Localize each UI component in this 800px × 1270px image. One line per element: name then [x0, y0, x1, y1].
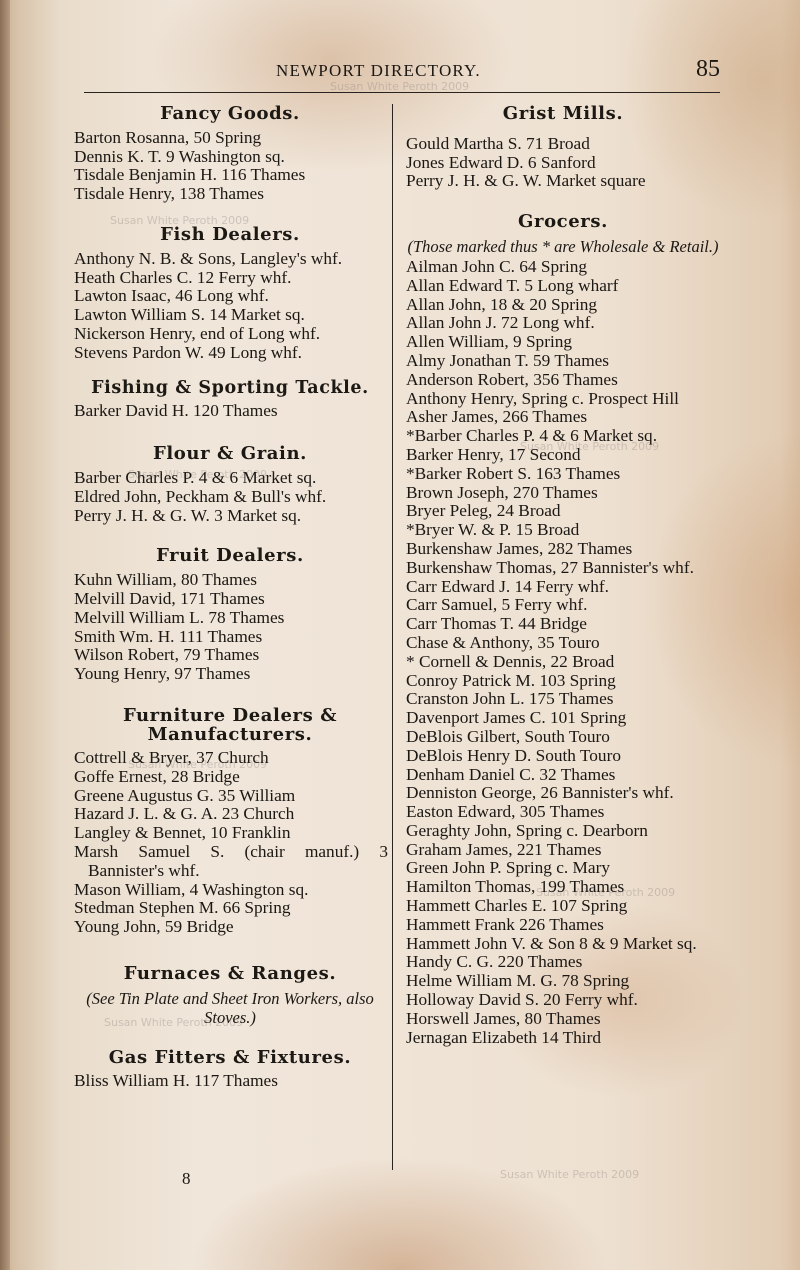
directory-entry: Hazard J. L. & G. A. 23 Church: [72, 805, 388, 824]
directory-entry: Ailman John C. 64 Spring: [404, 258, 722, 277]
section-title: Grist Mills.: [404, 105, 722, 124]
section-note: (Those marked thus * are Wholesale & Ret…: [404, 237, 722, 256]
directory-entry: Barker Henry, 17 Second: [404, 446, 722, 465]
directory-entry: Jones Edward D. 6 Sanford: [404, 154, 722, 173]
directory-entry: Greene Augustus G. 35 William: [72, 787, 388, 806]
section-note: (See Tin Plate and Sheet Iron Workers, a…: [72, 989, 388, 1027]
directory-entry: Cottrell & Bryer, 37 Church: [72, 749, 388, 768]
section-title: Flour & Grain.: [72, 445, 388, 464]
directory-entry: Heath Charles C. 12 Ferry whf.: [72, 269, 388, 288]
section-grist-mills: Grist Mills. Gould Martha S. 71 Broad Jo…: [404, 105, 722, 191]
section-title: Furniture Dealers & Manufacturers.: [72, 706, 388, 744]
directory-entry: * Cornell & Dennis, 22 Broad: [404, 653, 722, 672]
section-furnaces-ranges: Furnaces & Ranges. (See Tin Plate and Sh…: [72, 965, 388, 1027]
section-fishing-sporting-tackle: Fishing & Sporting Tackle. Barker David …: [72, 379, 388, 422]
directory-entry: Melvill William L. 78 Thames: [72, 609, 388, 628]
directory-entry: Melvill David, 171 Thames: [72, 590, 388, 609]
section-flour-grain: Flour & Grain. Barber Charles P. 4 & 6 M…: [72, 445, 388, 525]
section-title: Gas Fitters & Fixtures.: [72, 1049, 388, 1068]
directory-entry: Carr Edward J. 14 Ferry whf.: [404, 578, 722, 597]
directory-entry: Langley & Bennet, 10 Franklin: [72, 824, 388, 843]
section-title: Fishing & Sporting Tackle.: [72, 379, 388, 398]
directory-entry: Anthony Henry, Spring c. Prospect Hill: [404, 390, 722, 409]
directory-entry: Eldred John, Peckham & Bull's whf.: [72, 488, 388, 507]
directory-entry: Young Henry, 97 Thames: [72, 665, 388, 684]
directory-entry: Hammett Charles E. 107 Spring: [404, 897, 722, 916]
section-title: Fish Dealers.: [72, 226, 388, 245]
directory-entry: Tisdale Henry, 138 Thames: [72, 185, 388, 204]
directory-entry: Denniston George, 26 Bannister's whf.: [404, 784, 722, 803]
directory-entry: Asher James, 266 Thames: [404, 408, 722, 427]
directory-entry: Barker David H. 120 Thames: [72, 402, 388, 421]
directory-entry: Allan Edward T. 5 Long wharf: [404, 277, 722, 296]
directory-entry: Young John, 59 Bridge: [72, 918, 388, 937]
directory-entry: Almy Jonathan T. 59 Thames: [404, 352, 722, 371]
directory-entry: Bliss William H. 117 Thames: [72, 1072, 388, 1091]
directory-entry: Green John P. Spring c. Mary: [404, 859, 722, 878]
directory-entry: Holloway David S. 20 Ferry whf.: [404, 991, 722, 1010]
directory-entry: Perry J. H. & G. W. Market square: [404, 172, 722, 191]
directory-entry: Burkenshaw James, 282 Thames: [404, 540, 722, 559]
directory-entry: Goffe Ernest, 28 Bridge: [72, 768, 388, 787]
directory-entry: Carr Samuel, 5 Ferry whf.: [404, 596, 722, 615]
directory-entry: Perry J. H. & G. W. 3 Market sq.: [72, 507, 388, 526]
section-fish-dealers: Fish Dealers. Anthony N. B. & Sons, Lang…: [72, 226, 388, 363]
directory-entry: Horswell James, 80 Thames: [404, 1010, 722, 1029]
directory-entry: Allen William, 9 Spring: [404, 333, 722, 352]
section-title: Furnaces & Ranges.: [72, 965, 388, 984]
directory-entry: Anthony N. B. & Sons, Langley's whf.: [72, 250, 388, 269]
directory-entry: Cranston John L. 175 Thames: [404, 690, 722, 709]
directory-entry: DeBlois Henry D. South Touro: [404, 747, 722, 766]
directory-entry: Stedman Stephen M. 66 Spring: [72, 899, 388, 918]
directory-entry: Carr Thomas T. 44 Bridge: [404, 615, 722, 634]
section-gas-fitters: Gas Fitters & Fixtures. Bliss William H.…: [72, 1049, 388, 1092]
directory-entry: Hamilton Thomas, 199 Thames: [404, 878, 722, 897]
directory-entry: Chase & Anthony, 35 Touro: [404, 634, 722, 653]
directory-entry: Denham Daniel C. 32 Thames: [404, 766, 722, 785]
directory-entry: Lawton William S. 14 Market sq.: [72, 306, 388, 325]
signature-mark: 8: [182, 1169, 191, 1189]
column-divider: [392, 104, 393, 1170]
directory-entry: Dennis K. T. 9 Washington sq.: [72, 148, 388, 167]
directory-entry: Gould Martha S. 71 Broad: [404, 135, 722, 154]
directory-entry: Stevens Pardon W. 49 Long whf.: [72, 344, 388, 363]
section-title: Grocers.: [404, 213, 722, 232]
directory-entry: Kuhn William, 80 Thames: [72, 571, 388, 590]
directory-entry: Allan John J. 72 Long whf.: [404, 314, 722, 333]
directory-entry: Hammett Frank 226 Thames: [404, 916, 722, 935]
page-number: 85: [696, 56, 720, 83]
watermark: Susan White Peroth 2009: [330, 80, 469, 93]
left-column: Fancy Goods. Barton Rosanna, 50 Spring D…: [72, 103, 388, 1091]
directory-entry: Handy C. G. 220 Thames: [404, 953, 722, 972]
directory-page: NEWPORT DIRECTORY. 85 Susan White Peroth…: [0, 0, 800, 1270]
directory-entry: Graham James, 221 Thames: [404, 841, 722, 860]
page-binding-edge: [0, 0, 10, 1270]
directory-entry: Marsh Samuel S. (chair manuf.) 3 Bannist…: [72, 843, 388, 881]
directory-entry: Bryer Peleg, 24 Broad: [404, 502, 722, 521]
section-title: Fancy Goods.: [72, 105, 388, 124]
directory-entry: Barber Charles P. 4 & 6 Market sq.: [72, 469, 388, 488]
directory-entry: Conroy Patrick M. 103 Spring: [404, 672, 722, 691]
directory-entry: *Barber Charles P. 4 & 6 Market sq.: [404, 427, 722, 446]
right-column: Grist Mills. Gould Martha S. 71 Broad Jo…: [404, 103, 722, 1047]
directory-entry: Anderson Robert, 356 Thames: [404, 371, 722, 390]
directory-entry: Nickerson Henry, end of Long whf.: [72, 325, 388, 344]
directory-entry: Brown Joseph, 270 Thames: [404, 484, 722, 503]
directory-entry: Wilson Robert, 79 Thames: [72, 646, 388, 665]
directory-entry: Burkenshaw Thomas, 27 Bannister's whf.: [404, 559, 722, 578]
directory-entry: Barton Rosanna, 50 Spring: [72, 129, 388, 148]
directory-entry: Mason William, 4 Washington sq.: [72, 881, 388, 900]
directory-entry: Allan John, 18 & 20 Spring: [404, 296, 722, 315]
directory-entry: Jernagan Elizabeth 14 Third: [404, 1029, 722, 1048]
section-fancy-goods: Fancy Goods. Barton Rosanna, 50 Spring D…: [72, 105, 388, 204]
directory-entry: *Bryer W. & P. 15 Broad: [404, 521, 722, 540]
directory-entry: Geraghty John, Spring c. Dearborn: [404, 822, 722, 841]
directory-entry: Easton Edward, 305 Thames: [404, 803, 722, 822]
directory-entry: *Barker Robert S. 163 Thames: [404, 465, 722, 484]
section-furniture-dealers: Furniture Dealers & Manufacturers. Cottr…: [72, 706, 388, 937]
directory-entry: Smith Wm. H. 111 Thames: [72, 628, 388, 647]
section-title: Fruit Dealers.: [72, 547, 388, 566]
section-grocers: Grocers. (Those marked thus * are Wholes…: [404, 213, 722, 1047]
directory-entry: Helme William M. G. 78 Spring: [404, 972, 722, 991]
directory-entry: Davenport James C. 101 Spring: [404, 709, 722, 728]
directory-entry: DeBlois Gilbert, South Touro: [404, 728, 722, 747]
directory-entry: Lawton Isaac, 46 Long whf.: [72, 287, 388, 306]
section-fruit-dealers: Fruit Dealers. Kuhn William, 80 Thames M…: [72, 547, 388, 684]
watermark: Susan White Peroth 2009: [500, 1168, 639, 1181]
directory-entry: Hammett John V. & Son 8 & 9 Market sq.: [404, 935, 722, 954]
directory-entry: Tisdale Benjamin H. 116 Thames: [72, 166, 388, 185]
running-title: NEWPORT DIRECTORY.: [276, 61, 481, 81]
